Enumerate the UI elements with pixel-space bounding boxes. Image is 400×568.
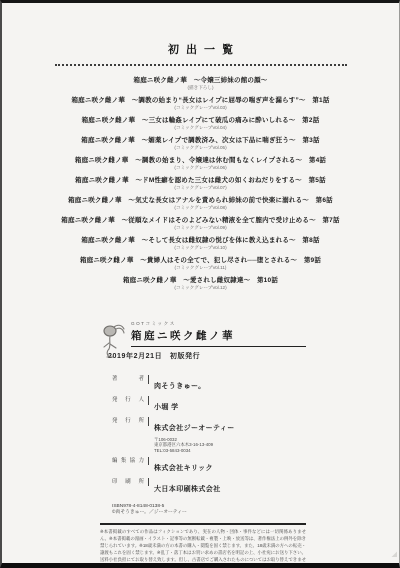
credit-row: 印刷所 大日本印刷株式会社 (112, 478, 306, 496)
chapter-title: 箱庭ニ咲ク雌ノ華 ～令嬢三姉妹の館の顔～ (2, 76, 399, 85)
source-caption: (コミックグレープVol.10) (2, 245, 399, 251)
book-colophon-page: 初出一覧 箱庭ニ咲ク雌ノ華 ～令嬢三姉妹の館の顔～ (描き下ろし) 箱庭ニ咲ク雌… (0, 0, 400, 568)
credits-table: 著者 肉そうきゅー。 発行人 小堀 学 発行所 (112, 375, 306, 496)
source-caption: (コミックグレープVol.09) (2, 225, 399, 231)
chapter-title: 箱庭ニ咲ク雌ノ華 ～気丈な長女はアナルを責められ姉妹の前で快楽に溺れる～ 第6話 (2, 196, 399, 205)
credit-value: 小堀 学 (154, 404, 179, 411)
source-caption: (コミックグレープVol.12) (2, 285, 399, 291)
chapter-title: 箱庭ニ咲ク雌ノ華 ～調教の始まり“長女はレイプに屈辱の喘ぎ声を漏らす”～ 第1話 (2, 96, 399, 105)
colophon: GOTコミックス 箱庭ニ咲ク雌ノ華 2019年2月21日 初版発行 著者 肉そう… (100, 321, 306, 568)
chapter-title: 箱庭ニ咲ク雌ノ華 ～愛されし雌奴隷達～ 第10話 (2, 276, 399, 285)
credit-row: 著者 肉そうきゅー。 (112, 375, 306, 393)
list-item: 箱庭ニ咲ク雌ノ華 ～従順なメイドはそのよどみない精液を全て膣内で受け止める～ 第… (2, 216, 399, 231)
credit-row: 編集協力 株式会社キリック (112, 457, 306, 475)
source-caption: (コミックグレープVol.07) (2, 185, 399, 191)
source-caption: (コミックグレープVol.04) (2, 125, 399, 131)
credit-row: 発行人 小堀 学 (112, 396, 306, 414)
source-caption: (コミックグレープVol.06) (2, 165, 399, 171)
credit-value: 大日本印刷株式会社 (154, 486, 221, 493)
chapter-title: 箱庭ニ咲ク雌ノ華 ～ドM性癖を認めた三女は雌犬の如くおねだりをする～ 第5話 (2, 176, 399, 185)
source-caption: (コミックグレープVol.05) (2, 145, 399, 151)
list-item: 箱庭ニ咲ク雌ノ華 ～三女は輪姦レイプにて破瓜の痛みに酔いしれる～ 第2話 (コミ… (2, 116, 399, 131)
source-caption: (コミックグレープVol.11) (2, 265, 399, 271)
credit-value: 株式会社キリック (154, 465, 213, 472)
chapter-title: 箱庭ニ咲ク雌ノ華 ～媚薬レイプで調教済み、次女は下品に喘ぎ狂う～ 第3話 (2, 136, 399, 145)
disclaimer-text: ※本書掲載のすべての作品はフィクションであり、実在の人物・団体・事件などには一切… (100, 529, 306, 568)
list-item: 箱庭ニ咲ク雌ノ華 ～ドM性癖を認めた三女は雌犬の如くおねだりをする～ 第5話 (… (2, 176, 399, 191)
credit-value: 肉そうきゅー。 (154, 383, 206, 390)
list-item: 箱庭ニ咲ク雌ノ華 ～そして長女は雌奴隷の悦びを体に教え込まれる～ 第8話 (コミ… (2, 236, 399, 251)
credit-label: 編集協力 (112, 457, 149, 466)
book-title: 箱庭ニ咲ク雌ノ華 (131, 328, 306, 343)
divider-rule (100, 523, 306, 525)
list-item: 箱庭ニ咲ク雌ノ華 ～気丈な長女はアナルを責められ姉妹の前で快楽に溺れる～ 第6話… (2, 196, 399, 211)
credit-row: 発行所 株式会社ジーオーティー 〒106-0032東京都港区六本木3-16-13… (112, 417, 306, 454)
chapter-title: 箱庭ニ咲ク雌ノ華 ～貴婦人はその全てで、犯し尽され──堕とされる～ 第9話 (2, 256, 399, 265)
chapter-title: 箱庭ニ咲ク雌ノ華 ～そして長女は雌奴隷の悦びを体に教え込まれる～ 第8話 (2, 236, 399, 245)
list-item: 箱庭ニ咲ク雌ノ華 ～調教の始まり、令嬢達は休む間もなくレイプされる～ 第4話 (… (2, 156, 399, 171)
list-item: 箱庭ニ咲ク雌ノ華 ～令嬢三姉妹の館の顔～ (描き下ろし) (2, 76, 399, 91)
isbn-block: ISBN978-4-8148-0138-5 ©肉そうきゅー。／ジーオーティー (112, 504, 306, 516)
credit-address: 〒106-0032東京都港区六本木3-16-13-409TEL:03-5843-… (154, 437, 306, 454)
chapter-title: 箱庭ニ咲ク雌ノ華 ～三女は輪姦レイプにて破瓜の痛みに酔いしれる～ 第2話 (2, 116, 399, 125)
list-item: 箱庭ニ咲ク雌ノ華 ～調教の始まり“長女はレイプに屈辱の喘ぎ声を漏らす”～ 第1話… (2, 96, 399, 111)
credit-label: 発行人 (112, 396, 149, 405)
dotted-divider (55, 64, 347, 66)
source-caption: (描き下ろし) (2, 85, 399, 91)
page-title: 初出一覧 (9, 41, 399, 57)
publication-list: 箱庭ニ咲ク雌ノ華 ～令嬢三姉妹の館の顔～ (描き下ろし) 箱庭ニ咲ク雌ノ華 ～調… (2, 76, 399, 291)
list-item: 箱庭ニ咲ク雌ノ華 ～媚薬レイプで調教済み、次女は下品に喘ぎ狂う～ 第3話 (コミ… (2, 136, 399, 151)
chapter-title: 箱庭ニ咲ク雌ノ華 ～調教の始まり、令嬢達は休む間もなくレイプされる～ 第4話 (2, 156, 399, 165)
mascot-doodle-illustration (100, 323, 127, 360)
first-appearance-section: 初出一覧 箱庭ニ咲ク雌ノ華 ～令嬢三姉妹の館の顔～ (描き下ろし) 箱庭ニ咲ク雌… (2, 41, 399, 296)
edition-date: 2019年2月21日 初版発行 (108, 351, 306, 361)
credit-label: 著者 (112, 375, 149, 384)
list-item: 箱庭ニ咲ク雌ノ華 ～貴婦人はその全てで、犯し尽され──堕とされる～ 第9話 (コ… (2, 256, 399, 271)
copyright: ©肉そうきゅー。／ジーオーティー (112, 510, 306, 516)
credit-label: 印刷所 (112, 478, 149, 487)
chapter-title: 箱庭ニ咲ク雌ノ華 ～従順なメイドはそのよどみない精液を全て膣内で受け止める～ 第… (2, 216, 399, 225)
source-caption: (コミックグレープVol.08) (2, 205, 399, 211)
imprint-label: GOTコミックス (131, 321, 306, 327)
scan-corner-artifact (387, 549, 397, 557)
credit-label: 発行所 (112, 417, 149, 426)
credit-value: 株式会社ジーオーティー (154, 425, 235, 432)
colophon-header: GOTコミックス 箱庭ニ咲ク雌ノ華 (131, 321, 306, 347)
list-item: 箱庭ニ咲ク雌ノ華 ～愛されし雌奴隷達～ 第10話 (コミックグレープVol.12… (2, 276, 399, 291)
source-caption: (コミックグレープVol.03) (2, 105, 399, 111)
